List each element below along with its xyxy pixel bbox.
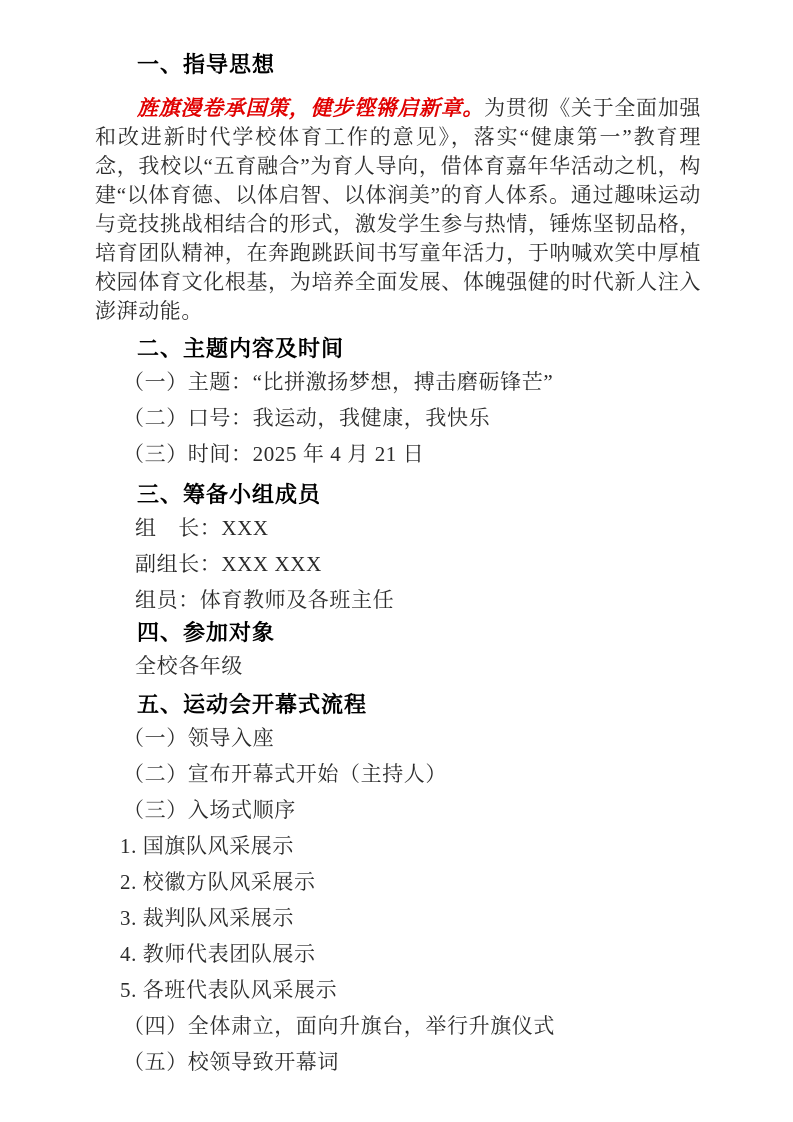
heading-opening-ceremony-flow: 五、运动会开幕式流程 <box>95 690 701 720</box>
heading-theme-and-time: 二、主题内容及时间 <box>95 334 701 364</box>
item-flag-raising-ceremony: （四）全体肃立，面向升旗台，举行升旗仪式 <box>95 1008 701 1044</box>
item-theme: （一）主题：“比拼激扬梦想，搏击磨砺锋芒” <box>95 364 701 400</box>
intro-red-lead: 旌旗漫卷承国策，健步铿锵启新章。 <box>137 96 484 120</box>
item-slogan: （二）口号：我运动，我健康，我快乐 <box>95 400 701 436</box>
entrance-item-referee-team: 3. 裁判队风采展示 <box>95 900 701 936</box>
item-announce-opening: （二）宣布开幕式开始（主持人） <box>95 756 701 792</box>
item-deputy-leaders: 副组长：XXX XXX <box>95 546 701 582</box>
entrance-item-emblem-squad: 2. 校徽方队风采展示 <box>95 864 701 900</box>
item-leaders-seated: （一）领导入座 <box>95 720 701 756</box>
document-page: 一、指导思想 旌旗漫卷承国策，健步铿锵启新章。为贯彻《关于全面加强和改进新时代学… <box>0 0 793 1122</box>
item-team-leader: 组 长：XXX <box>95 510 701 546</box>
entrance-item-class-reps: 5. 各班代表队风采展示 <box>95 972 701 1008</box>
item-team-members: 组员：体育教师及各班主任 <box>95 582 701 618</box>
item-opening-speech: （五）校领导致开幕词 <box>95 1044 701 1080</box>
item-all-grades: 全校各年级 <box>95 648 701 684</box>
item-date: （三）时间：2025 年 4 月 21 日 <box>95 436 701 472</box>
intro-main-text: 为贯彻《关于全面加强和改进新时代学校体育工作的意见》，落实“健康第一”教育理念，… <box>95 96 701 323</box>
entrance-item-teacher-reps: 4. 教师代表团队展示 <box>95 936 701 972</box>
heading-participants: 四、参加对象 <box>95 618 701 648</box>
intro-paragraph: 旌旗漫卷承国策，健步铿锵启新章。为贯彻《关于全面加强和改进新时代学校体育工作的意… <box>95 94 701 326</box>
heading-prep-team: 三、筹备小组成员 <box>95 480 701 510</box>
heading-guiding-principles: 一、指导思想 <box>95 50 701 80</box>
entrance-item-flag-team: 1. 国旗队风采展示 <box>95 828 701 864</box>
item-entrance-order: （三）入场式顺序 <box>95 792 701 828</box>
